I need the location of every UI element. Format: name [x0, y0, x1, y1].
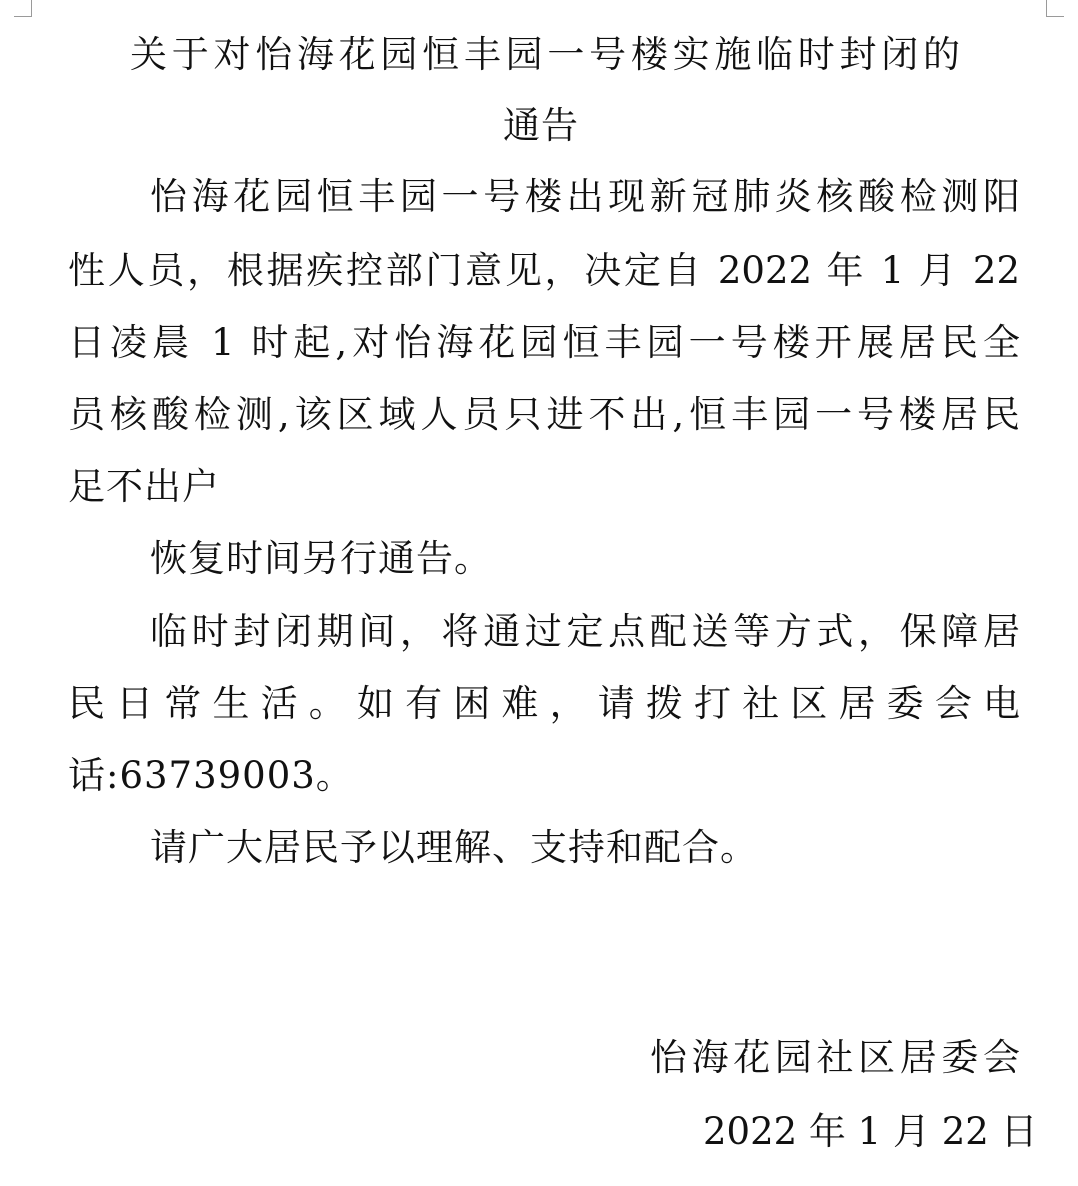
paragraph-4-line-1: 请广大居民予以理解、支持和配合。: [150, 826, 758, 870]
signature-organization: 怡海花园社区居委会: [650, 1036, 1020, 1080]
paragraph-1-line-1: 怡海花园恒丰园一号楼出现新冠肺炎核酸检测阳: [150, 175, 1020, 219]
paragraph-1-line-3: 日凌晨 1 时起,对怡海花园恒丰园一号楼开展居民全: [68, 321, 1020, 365]
paragraph-3-line-1: 临时封闭期间，将通过定点配送等方式，保障居: [150, 610, 1020, 654]
page-corner-mark-top-right: [1046, 0, 1064, 17]
paragraph-3-line-2: 民日常生活。如有困难，请拨打社区居委会电: [68, 682, 1020, 726]
page-corner-mark-top-left: [14, 0, 32, 17]
signature-date: 2022 年 1 月 22 日: [703, 1110, 1020, 1154]
paragraph-1-line-4: 员核酸检测,该区域人员只进不出,恒丰园一号楼居民: [68, 393, 1020, 437]
notice-title-line-2: 通告: [503, 104, 579, 148]
notice-title-line-1: 关于对怡海花园恒丰园一号楼实施临时封闭的: [130, 33, 960, 77]
paragraph-1-line-2: 性人员，根据疾控部门意见，决定自 2022 年 1 月 22: [68, 249, 1020, 293]
paragraph-1-line-5: 足不出户: [68, 465, 220, 509]
paragraph-2-line-1: 恢复时间另行通告。: [150, 537, 492, 581]
paragraph-3-line-3: 话:63739003。: [68, 754, 354, 798]
